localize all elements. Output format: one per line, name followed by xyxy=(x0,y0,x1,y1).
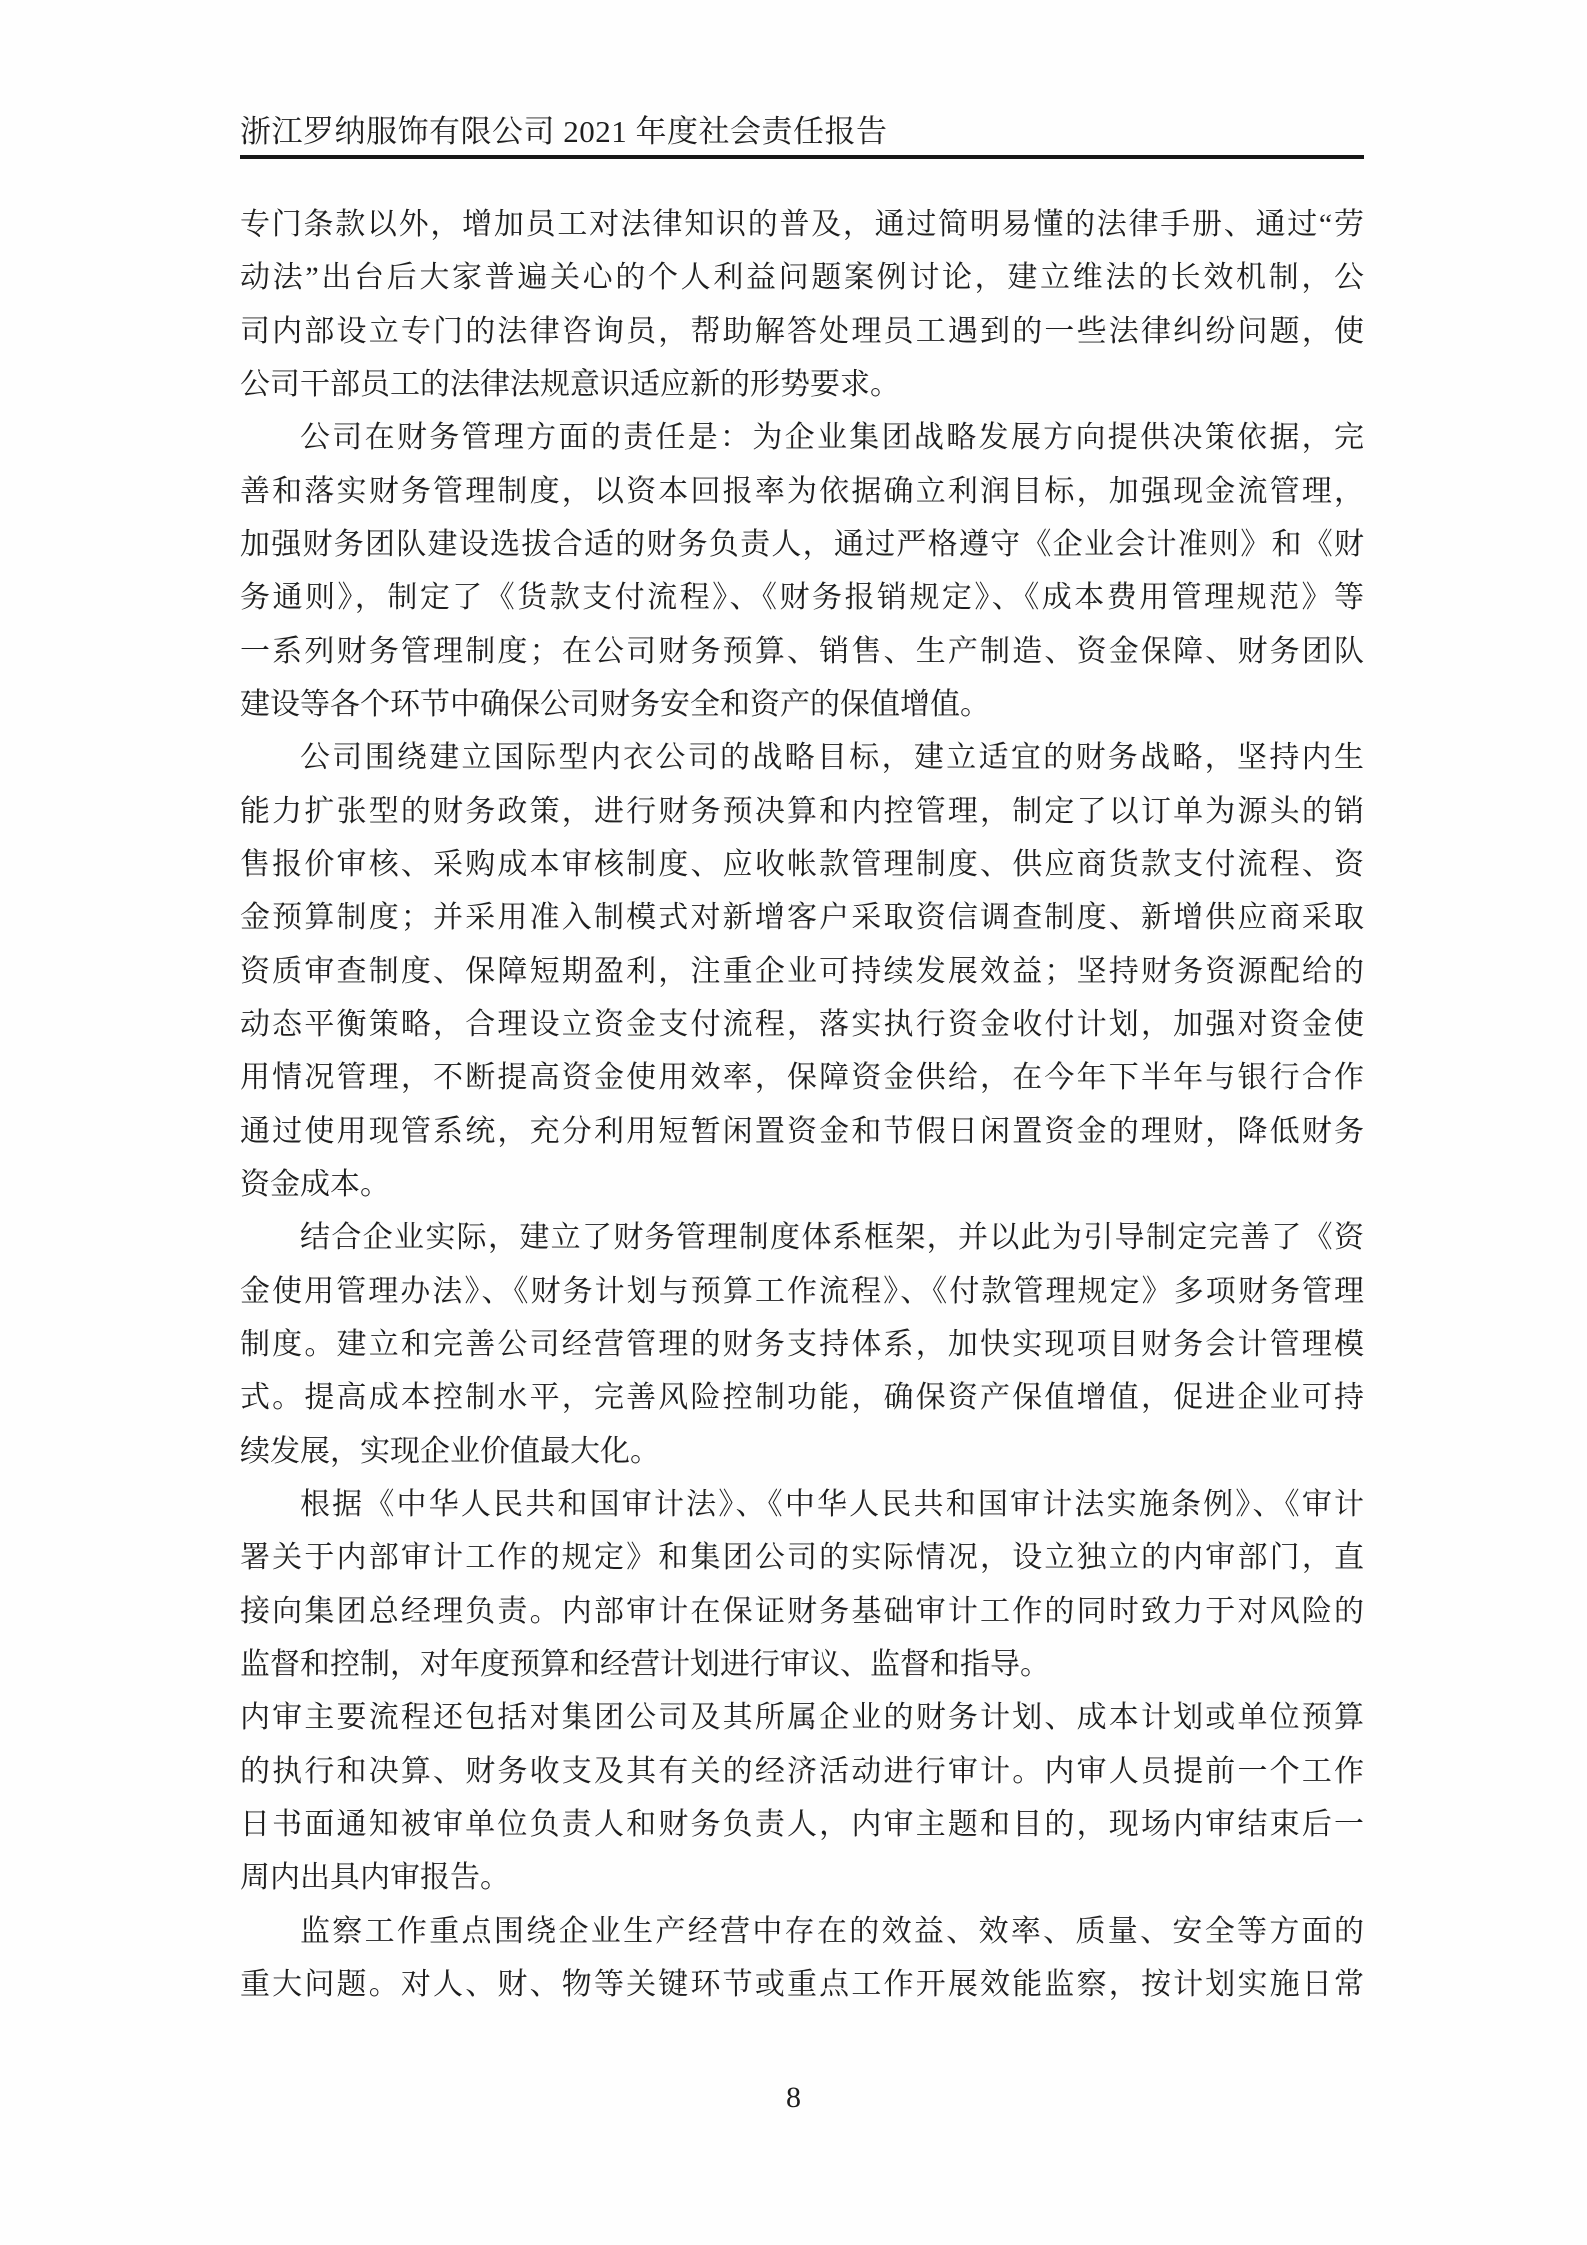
text-line: 动法”出台后大家普遍关心的个人利益问题案例讨论，建立维法的长效机制，公 xyxy=(240,251,1364,304)
text-line: 内审主要流程还包括对集团公司及其所属企业的财务计划、成本计划或单位预算 xyxy=(240,1691,1364,1744)
text-line: 式。提高成本控制水平，完善风险控制功能，确保资产保值增值，促进企业可持 xyxy=(240,1371,1364,1424)
text-line: 监督和控制，对年度预算和经营计划进行审议、监督和指导。 xyxy=(240,1638,1364,1691)
text-line: 资金成本。 xyxy=(240,1158,1364,1211)
paragraph: 根据《中华人民共和国审计法》、《中华人民共和国审计法实施条例》、《审计 署关于内… xyxy=(240,1478,1364,1691)
text-line: 署关于内部审计工作的规定》和集团公司的实际情况，设立独立的内审部门，直 xyxy=(240,1531,1364,1584)
text-line: 的执行和决算、财务收支及其有关的经济活动进行审计。内审人员提前一个工作 xyxy=(240,1745,1364,1798)
text-line: 监察工作重点围绕企业生产经营中存在的效益、效率、质量、安全等方面的 xyxy=(240,1905,1364,1958)
text-line: 金使用管理办法》、《财务计划与预算工作流程》、《付款管理规定》多项财务管理 xyxy=(240,1265,1364,1318)
text-line: 司内部设立专门的法律咨询员，帮助解答处理员工遇到的一些法律纠纷问题，使 xyxy=(240,305,1364,358)
text-line: 建设等各个环节中确保公司财务安全和资产的保值增值。 xyxy=(240,678,1364,731)
text-line: 结合企业实际，建立了财务管理制度体系框架，并以此为引导制定完善了《资 xyxy=(240,1211,1364,1264)
text-line: 务通则》，制定了《货款支付流程》、《财务报销规定》、《成本费用管理规范》等 xyxy=(240,571,1364,624)
text-line: 公司在财务管理方面的责任是：为企业集团战略发展方向提供决策依据，完 xyxy=(240,411,1364,464)
paragraph: 公司在财务管理方面的责任是：为企业集团战略发展方向提供决策依据，完 善和落实财务… xyxy=(240,411,1364,731)
document-page: 浙江罗纳服饰有限公司 2021 年度社会责任报告 专门条款以外，增加员工对法律知… xyxy=(0,0,1587,2245)
text-line: 专门条款以外，增加员工对法律知识的普及，通过简明易懂的法律手册、通过“劳 xyxy=(240,198,1364,251)
text-line: 根据《中华人民共和国审计法》、《中华人民共和国审计法实施条例》、《审计 xyxy=(240,1478,1364,1531)
text-line: 动态平衡策略，合理设立资金支付流程，落实执行资金收付计划，加强对资金使 xyxy=(240,998,1364,1051)
text-line: 通过使用现管系统，充分利用短暂闲置资金和节假日闲置资金的理财，降低财务 xyxy=(240,1105,1364,1158)
text-line: 日书面通知被审单位负责人和财务负责人，内审主题和目的，现场内审结束后一 xyxy=(240,1798,1364,1851)
text-line: 资质审查制度、保障短期盈利，注重企业可持续发展效益；坚持财务资源配给的 xyxy=(240,945,1364,998)
paragraph: 监察工作重点围绕企业生产经营中存在的效益、效率、质量、安全等方面的 重大问题。对… xyxy=(240,1905,1364,2012)
text-line: 售报价审核、采购成本审核制度、应收帐款管理制度、供应商货款支付流程、资 xyxy=(240,838,1364,891)
page-number: 8 xyxy=(0,2081,1587,2115)
text-line: 公司干部员工的法律法规意识适应新的形势要求。 xyxy=(240,358,1364,411)
paragraph: 内审主要流程还包括对集团公司及其所属企业的财务计划、成本计划或单位预算 的执行和… xyxy=(240,1691,1364,1904)
document-body: 专门条款以外，增加员工对法律知识的普及，通过简明易懂的法律手册、通过“劳 动法”… xyxy=(240,198,1364,2011)
text-line: 重大问题。对人、财、物等关键环节或重点工作开展效能监察，按计划实施日常 xyxy=(240,1958,1364,2011)
text-line: 用情况管理，不断提高资金使用效率，保障资金供给，在今年下半年与银行合作 xyxy=(240,1051,1364,1104)
text-line: 善和落实财务管理制度，以资本回报率为依据确立利润目标，加强现金流管理， xyxy=(240,465,1364,518)
text-line: 公司围绕建立国际型内衣公司的战略目标，建立适宜的财务战略，坚持内生 xyxy=(240,731,1364,784)
paragraph: 结合企业实际，建立了财务管理制度体系框架，并以此为引导制定完善了《资 金使用管理… xyxy=(240,1211,1364,1478)
paragraph: 专门条款以外，增加员工对法律知识的普及，通过简明易懂的法律手册、通过“劳 动法”… xyxy=(240,198,1364,411)
text-line: 加强财务团队建设选拔合适的财务负责人，通过严格遵守《企业会计准则》和《财 xyxy=(240,518,1364,571)
text-line: 能力扩张型的财务政策，进行财务预决算和内控管理，制定了以订单为源头的销 xyxy=(240,785,1364,838)
text-line: 制度。建立和完善公司经营管理的财务支持体系，加快实现项目财务会计管理模 xyxy=(240,1318,1364,1371)
paragraph: 公司围绕建立国际型内衣公司的战略目标，建立适宜的财务战略，坚持内生 能力扩张型的… xyxy=(240,731,1364,1211)
report-header-title: 浙江罗纳服饰有限公司 2021 年度社会责任报告 xyxy=(240,112,1364,159)
text-line: 续发展，实现企业价值最大化。 xyxy=(240,1425,1364,1478)
text-line: 一系列财务管理制度；在公司财务预算、销售、生产制造、资金保障、财务团队 xyxy=(240,625,1364,678)
text-line: 接向集团总经理负责。内部审计在保证财务基础审计工作的同时致力于对风险的 xyxy=(240,1585,1364,1638)
text-line: 周内出具内审报告。 xyxy=(240,1851,1364,1904)
text-line: 金预算制度；并采用准入制模式对新增客户采取资信调查制度、新增供应商采取 xyxy=(240,891,1364,944)
